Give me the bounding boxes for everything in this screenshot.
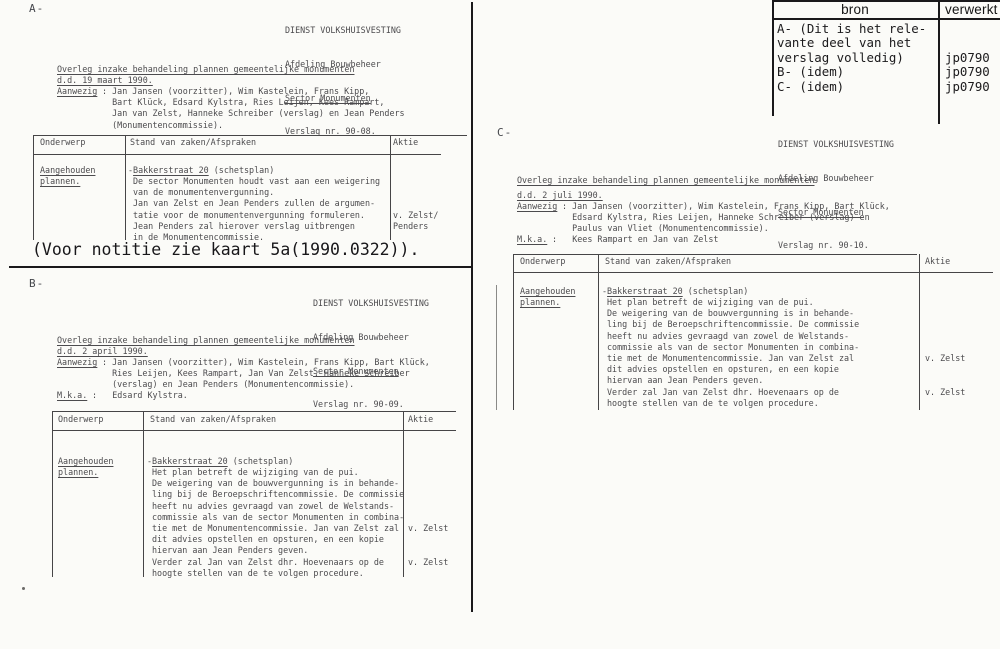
page-divider-horizontal [9,266,473,268]
item-line-a: -Bakkerstraat 20 (schetsplan) [128,165,274,176]
subject-cell-c: Aangehouden plannen. [520,286,575,308]
source-table-header-bron: bron [772,2,938,17]
item-suffix: (schetsplan) [683,286,749,296]
street-name-b: Bakkerstraat 20 [152,456,228,466]
org-header-b: DIENST VOLKSHUISVESTING Afdeling Bouwbeh… [313,276,429,433]
source-table-header-rule [772,18,1000,20]
table-a-col-rule-1 [125,135,126,240]
report-date-c: d.d. 2 juli 1990. [517,190,603,201]
table-c-header-rule [513,272,993,273]
mka-label-b: M.k.a. [57,390,87,401]
status-cell-b: Het plan betreft de wijziging van de pui… [152,467,404,579]
item-line-c: -Bakkerstraat 20 (schetsplan) [602,286,748,297]
source-table-left-rule [772,0,774,116]
item-line-b: -Bakkerstraat 20 (schetsplan) [147,456,293,467]
attendees-text-c: : Jan Jansen (voorzitter), Wim Kastelein… [557,201,890,235]
scan-artifact-rule [496,285,497,410]
scan-speck [22,587,25,590]
table-b-left-rule [52,411,53,577]
street-name-c: Bakkerstraat 20 [607,286,683,296]
org-header-c: DIENST VOLKSHUISVESTING Afdeling Bouwbeh… [778,117,894,274]
attendees-label-a: Aanwezig [57,86,97,97]
mka-label-c: M.k.a. [517,234,547,245]
table-b-header-rule [52,430,456,431]
table-a-header-rule [33,154,441,155]
scanned-document-collage: { "colors": { "paper": "#fbfbf8", "typew… [0,0,1000,649]
table-a-left-rule [33,135,34,240]
status-cell-c: Het plan betreft de wijziging van de pui… [607,297,859,409]
col-header-onderwerp-c: Onderwerp [520,256,565,267]
org-line: DIENST VOLKSHUISVESTING [778,139,894,150]
report-title-a: Overleg inzake behandeling plannen gemee… [57,64,355,75]
aktie-cell-a: v. Zelst/ Penders [393,176,438,232]
org-line: DIENST VOLKSHUISVESTING [313,298,429,309]
col-header-stand-c: Stand van zaken/Afspraken [605,256,731,267]
section-label-a: A- [29,2,44,15]
status-cell-a: De sector Monumenten houdt vast aan een … [133,176,380,243]
col-header-stand-a: Stand van zaken/Afspraken [130,137,256,148]
source-table-column-rule [938,0,940,124]
table-a-col-rule-2 [390,135,391,240]
table-c-col-rule-2 [919,254,920,410]
handwritten-note-a: (Voor notitie zie kaart 5a(1990.0322)). [32,240,419,259]
section-label-c: C- [497,126,512,139]
item-suffix: (schetsplan) [228,456,294,466]
item-suffix: (schetsplan) [209,165,275,175]
attendees-text-b: : Jan Jansen (voorzitter), Wim Kastelein… [97,357,430,391]
aktie-cell-c: v. Zelst v. Zelst [925,297,965,398]
page-border-vertical [471,2,473,612]
table-c-col-rule-1 [598,254,599,410]
aktie-cell-b: v. Zelst v. Zelst [408,467,448,568]
mka-text-c: : Kees Rampart en Jan van Zelst [547,234,718,245]
report-date-b: d.d. 2 april 1990. [57,346,148,357]
table-c-left-rule [513,254,514,410]
source-table-bron-entries: A- (Dit is het rele- vante deel van het … [777,22,926,94]
org-line-verslag-nr: Verslag nr. 90-09. [313,399,429,410]
org-line-verslag-nr: Verslag nr. 90-10. [778,240,894,251]
source-table-verwerkt-entries: jp0790 jp0790 jp0790 [945,22,990,94]
table-b-top-rule [52,411,456,412]
source-table-header-verwerkt: verwerkt [945,2,998,17]
attendees-label-c: Aanwezig [517,201,557,212]
street-name-a: Bakkerstraat 20 [133,165,209,175]
section-label-b: B- [29,277,44,290]
org-line: DIENST VOLKSHUISVESTING [285,25,401,36]
subject-cell-b: Aangehouden plannen. [58,456,113,478]
report-date-a: d.d. 19 maart 1990. [57,75,153,86]
subject-cell-a: Aangehouden plannen. [40,165,95,187]
col-header-onderwerp-a: Onderwerp [40,137,85,148]
mka-text-b: : Edsard Kylstra. [87,390,188,401]
attendees-label-b: Aanwezig [57,357,97,368]
col-header-stand-b: Stand van zaken/Afspraken [150,414,276,425]
col-header-aktie-a: Aktie [393,137,418,148]
col-header-aktie-b: Aktie [408,414,433,425]
report-title-c: Overleg inzake behandeling plannen gemee… [517,175,815,186]
col-header-onderwerp-b: Onderwerp [58,414,103,425]
report-title-b: Overleg inzake behandeling plannen gemee… [57,335,355,346]
col-header-aktie-c: Aktie [925,256,950,267]
attendees-text-a: : Jan Jansen (voorzitter), Wim Kastelein… [97,86,405,131]
table-b-col-rule-1 [143,411,144,577]
